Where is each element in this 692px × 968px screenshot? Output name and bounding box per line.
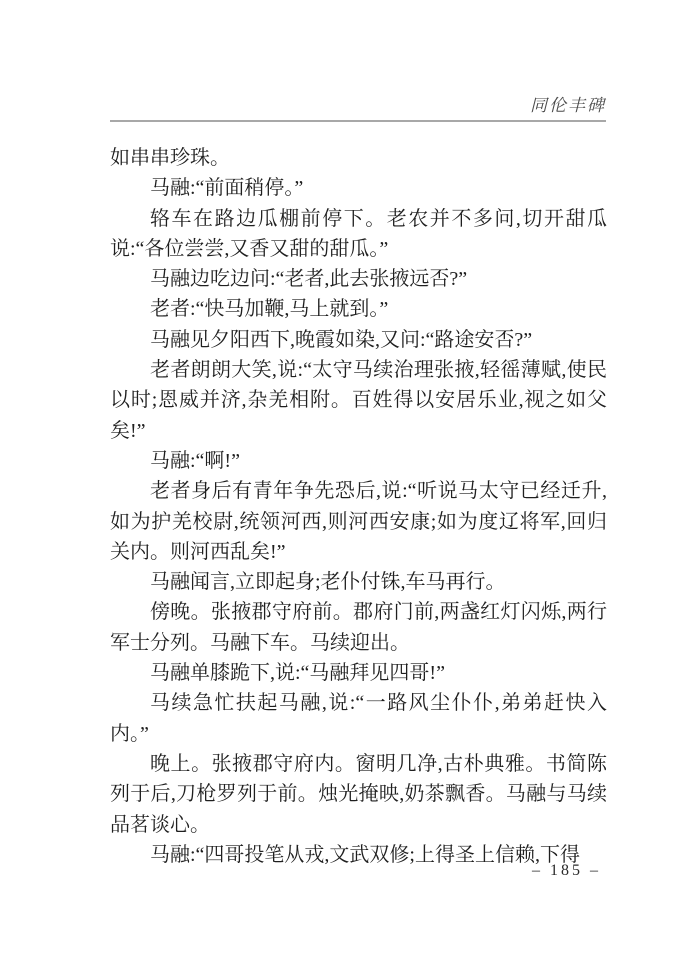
paragraph: 如串串珍珠。 <box>110 143 607 173</box>
paragraph: 傍晚。张掖郡守府前。郡府门前,两盏红灯闪烁,两行军士分列。马融下车。马续迎出。 <box>110 597 607 658</box>
paragraph: 老者朗朗大笑,说:“太守马续治理张掖,轻徭薄赋,使民以时;恩威并济,杂羌相附。百… <box>110 355 607 446</box>
paragraph: 辂车在路边瓜棚前停下。老农并不多问,切开甜瓜说:“各位尝尝,又香又甜的甜瓜。” <box>110 204 607 265</box>
paragraph: 马融见夕阳西下,晚霞如染,又问:“路途安否?” <box>110 325 607 355</box>
paragraph: 马融:“前面稍停。” <box>110 173 607 203</box>
body-text: 如串串珍珠。马融:“前面稍停。”辂车在路边瓜棚前停下。老农并不多问,切开甜瓜说:… <box>110 143 607 870</box>
paragraph: 老者:“快马加鞭,马上就到。” <box>110 294 607 324</box>
paragraph: 马融边吃边问:“老者,此去张掖远否?” <box>110 264 607 294</box>
paragraph: 马融单膝跪下,说:“马融拜见四哥!” <box>110 658 607 688</box>
header-rule <box>110 120 606 122</box>
paragraph: 马融:“啊!” <box>110 446 607 476</box>
paragraph: 马融闻言,立即起身;老仆付铢,车马再行。 <box>110 567 607 597</box>
book-page: 同伦丰碑 如串串珍珠。马融:“前面稍停。”辂车在路边瓜棚前停下。老农并不多问,切… <box>0 0 692 968</box>
page-footer: – 185 – <box>110 862 601 880</box>
paragraph: 晚上。张掖郡守府内。窗明几净,古朴典雅。书简陈列于后,刀枪罗列于前。烛光掩映,奶… <box>110 749 607 840</box>
page-number: – 185 – <box>532 862 601 879</box>
page-header: 同伦丰碑 <box>110 95 606 117</box>
running-title: 同伦丰碑 <box>530 96 606 115</box>
paragraph: 老者身后有青年争先恐后,说:“听说马太守已经迁升,如为护羌校尉,统领河西,则河西… <box>110 476 607 567</box>
paragraph: 马续急忙扶起马融,说:“一路风尘仆仆,弟弟赶快入内。” <box>110 688 607 749</box>
